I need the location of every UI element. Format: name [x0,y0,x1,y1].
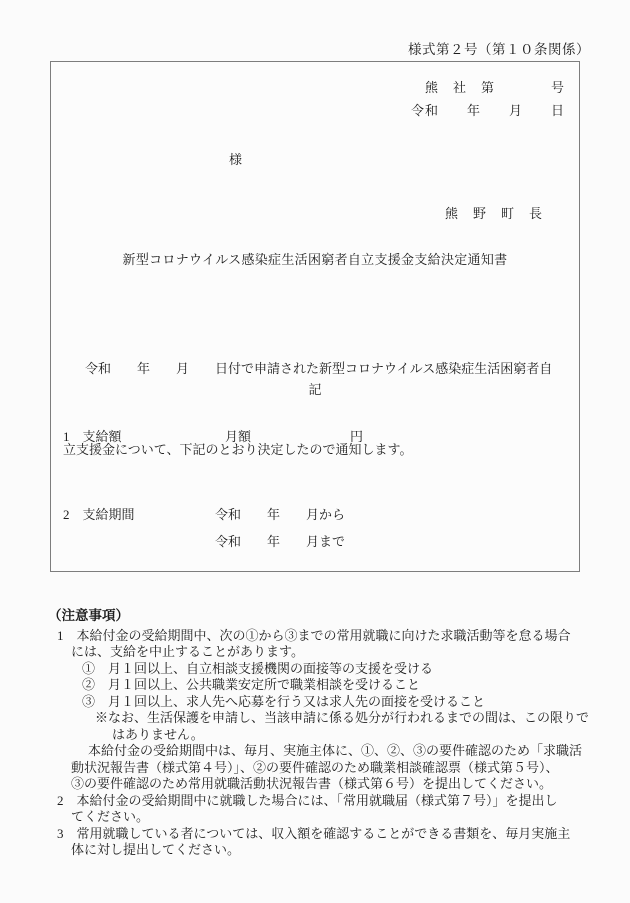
benefit-period-label: 2 支給期間 [63,504,135,523]
issue-date-line: 令和 年 月 日 [411,100,565,119]
issuer-mayor-name: 熊 野 町 長 [445,203,543,222]
monthly-amount-label: 月額 [225,426,251,445]
note-line: ※なお、生活保護を申請し、当該申請に係る処分が行われるまでの間は、この限りで [95,710,630,727]
benefit-amount-label: 1 支給額 [63,426,122,445]
note-line: には、支給を中止することがあります。 [71,644,630,661]
note-line: 2 本給付金の受給期間中に就職した場合には、「常用就職届（様式第７号）」を提出し [57,793,630,810]
note-line: ③の要件確認のため常用就職活動状況報告書（様式第６号）を提出してください。 [71,776,630,793]
benefit-period-row-from: 2 支給期間 令和 年 月から [51,504,579,522]
record-mark: 記 [51,379,579,398]
note-line: 体に対し提出してください。 [71,842,630,859]
form-number-label: 様式第２号（第１０条関係） [408,38,590,58]
period-from-line: 令和 年 月から [215,504,345,523]
note-line: てください。 [71,809,630,826]
addressee-suffix: 様 [229,149,242,168]
document-title: 新型コロナウイルス感染症生活困窮者自立支援金支給決定通知書 [51,249,579,268]
period-to-line: 令和 年 月まで [215,531,345,550]
notes-heading: （注意事項） [48,608,630,625]
note-line: 1 本給付金の受給期間中、次の①から③までの常用就職に向けた求職活動等を怠る場合 [57,628,630,645]
yen-label: 円 [350,426,363,445]
notes-section: （注意事項） 1 本給付金の受給期間中、次の①から③までの常用就職に向けた求職活… [0,608,630,859]
note-line: 本給付金の受給期間中は、毎月、実施主体に、①、②、③の要件確認のため「求職活 [88,743,630,760]
note-line: ① 月１回以上、自立相談支援機関の面接等の支援を受ける [82,661,630,678]
note-line: ② 月１回以上、公共職業安定所で職業相談を受けること [82,677,630,694]
notification-line-1: 令和 年 月 日付で申請された新型コロナウイルス感染症生活困窮者自 [63,355,579,382]
benefit-amount-row: 1 支給額 月額 円 [51,426,579,444]
notification-paragraph: 令和 年 月 日付で申請された新型コロナウイルス感染症生活困窮者自 立支援金につ… [63,301,579,517]
note-line: 動状況報告書（様式第４号）」、②の要件確認のため職業相談確認票（様式第５号）、 [71,760,630,777]
notice-box: 熊 社 第 号 令和 年 月 日 様 熊 野 町 長 新型コロナウイルス感染症生… [50,61,580,572]
benefit-period-row-to: 令和 年 月まで [51,531,579,549]
note-line: 3 常用就職している者については、収入額を確認することができる書類を、毎月実施主 [57,826,630,843]
note-line: ③ 月１回以上、求人先へ応募を行う又は求人先の面接を受けること [82,694,630,711]
document-page: { "page": { "form_label": "様式第２号（第１０条関係）… [0,0,630,903]
document-number-line: 熊 社 第 号 [425,77,565,96]
note-line: はありません。 [112,727,630,744]
